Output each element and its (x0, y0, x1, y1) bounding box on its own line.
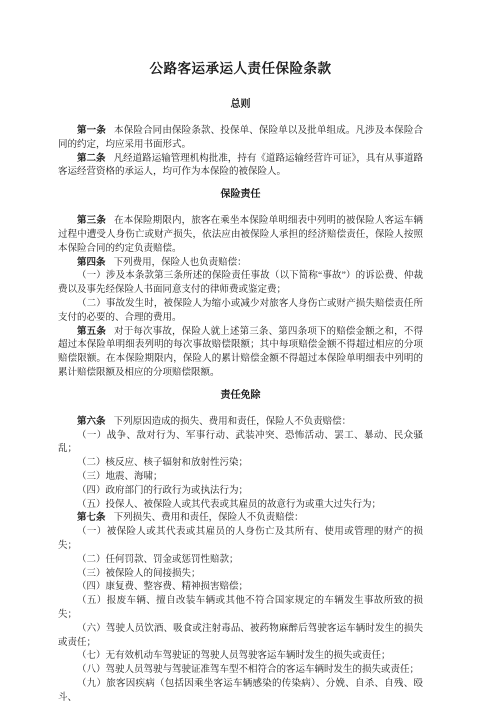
clause-article-1: 第一条本保险合同由保险条款、投保单、保险单以及批单组成。凡涉及本保险合同的约定，… (58, 125, 423, 153)
clause-text: 下列损失、费用和责任，保险人不负责赔偿： (114, 513, 304, 523)
clause-text: 下列原因造成的损失、费用和责任，保险人不负责赔偿： (114, 417, 352, 427)
clause-text: （三）被保险人的间接损失； (77, 569, 201, 579)
clause-text: （二）任何罚款、罚金或惩罚性赔款； (77, 555, 239, 565)
clause-article-6: 第六条下列原因造成的损失、费用和责任，保险人不负责赔偿： (58, 416, 423, 430)
clause-article-7-item-7: （七）无有效机动车驾驶证的驾驶人员驾驶客运车辆时发生的损失或责任； (58, 650, 423, 664)
clause-text: （八）驾驶人员驾驶与驾驶证准驾车型不相符合的客运车辆时发生的损失或责任； (77, 665, 419, 675)
clause-text: （九）旅客因疾病（包括因乘坐客运车辆感染的传染病）、分娩、自杀、自残、殴斗、 (58, 679, 423, 702)
clause-article-3: 第三条在本保险期限内，旅客在乘坐本保险单明细表中列明的被保险人客运车辆过程中遭受… (58, 215, 423, 256)
clause-label-article-6: 第六条 (77, 417, 106, 427)
clause-label-article-3: 第三条 (77, 216, 106, 226)
clause-text: 对于每次事故，保险人就上述第三条、第四条项下的赔偿金额之和，不得超过本保险单明细… (58, 327, 423, 378)
clause-article-7-item-2: （二）任何罚款、罚金或惩罚性赔款； (58, 554, 423, 568)
clause-label-article-7: 第七条 (77, 513, 106, 523)
clause-article-6-item-2: （二）核反应、核子辐射和放射性污染； (58, 457, 423, 471)
clause-text: （二）核反应、核子辐射和放射性污染； (77, 458, 248, 468)
clause-label-article-5: 第五条 (77, 327, 106, 337)
clause-text: （一）被保险人或其代表或其雇员的人身伤亡及其所有、使用或管理的财产的损失； (58, 527, 423, 551)
clause-article-6-item-3: （三）地震、海啸； (58, 471, 423, 485)
clause-article-2: 第二条凡经道路运输管理机构批准，持有《道路运输经营许可证》，具有从事道路客运经营… (58, 153, 423, 181)
clause-article-6-item-1: （一）战争、敌对行为、军事行动、武装冲突、恐怖活动、罢工、暴动、民众骚乱； (58, 430, 423, 458)
section-heading-general: 总则 (58, 98, 423, 112)
clause-text: （四）政府部门的行政行为或执法行为； (77, 486, 248, 496)
clause-article-4: 第四条下列费用，保险人也负责赔偿： (58, 257, 423, 271)
clause-article-5: 第五条对于每次事故，保险人就上述第三条、第四条项下的赔偿金额之和，不得超过本保险… (58, 326, 423, 381)
clause-article-7-item-6: （六）驾驶人员饮酒、吸食或注射毒品、被药物麻醉后驾驶客运车辆时发生的损失或责任； (58, 623, 423, 651)
clause-article-4-item-1: （一）涉及本条款第三条所述的保险责任事故（以下简称“事故”）的诉讼费、仲裁费以及… (58, 270, 423, 298)
clause-article-6-item-4: （四）政府部门的行政行为或执法行为； (58, 485, 423, 499)
clause-label-article-4: 第四条 (77, 258, 106, 268)
clause-article-7-item-8: （八）驾驶人员驾驶与驾驶证准驾车型不相符合的客运车辆时发生的损失或责任； (58, 664, 423, 678)
document-title: 公路客运承运人责任保险条款 (58, 62, 423, 76)
section-exclusions: 责任免除 第六条下列原因造成的损失、费用和责任，保险人不负责赔偿： （一）战争、… (58, 389, 423, 702)
section-heading-liability: 保险责任 (58, 188, 423, 202)
clause-text: 在本保险期限内，旅客在乘坐本保险单明细表中列明的被保险人客运车辆过程中遭受人身伤… (58, 216, 423, 254)
document-page: 公路客运承运人责任保险条款 总则 第一条本保险合同由保险条款、投保单、保险单以及… (0, 0, 496, 702)
clause-text: （一）战争、敌对行为、军事行动、武装冲突、恐怖活动、罢工、暴动、民众骚乱； (58, 431, 423, 455)
clause-text: （一）涉及本条款第三条所述的保险责任事故（以下简称“事故”）的诉讼费、仲裁费以及… (58, 271, 423, 295)
section-heading-exclusions: 责任免除 (58, 389, 423, 403)
clause-label-article-2: 第二条 (77, 154, 106, 164)
clause-article-7-item-1: （一）被保险人或其代表或其雇员的人身伤亡及其所有、使用或管理的财产的损失； (58, 526, 423, 554)
clause-article-4-item-2: （二）事故发生时，被保险人为缩小或减少对旅客人身伤亡或财产损失赔偿责任所支付的必… (58, 298, 423, 326)
clause-label-article-1: 第一条 (77, 126, 106, 136)
clause-article-6-item-5: （五）投保人、被保险人或其代表或其雇员的故意行为或重大过失行为； (58, 499, 423, 513)
clause-article-7-item-4: （四）康复费、整容费、精神损害赔偿； (58, 581, 423, 595)
clause-article-7-item-3: （三）被保险人的间接损失； (58, 568, 423, 582)
clause-text: 下列费用，保险人也负责赔偿： (114, 258, 247, 268)
clause-article-7-item-5: （五）报废车辆、擅自改装车辆或其他不符合国家规定的车辆发生事故所致的损失； (58, 595, 423, 623)
clause-article-7: 第七条下列损失、费用和责任，保险人不负责赔偿： (58, 512, 423, 526)
section-general-provisions: 总则 第一条本保险合同由保险条款、投保单、保险单以及批单组成。凡涉及本保险合同的… (58, 98, 423, 180)
clause-article-7-item-9-truncated: （九）旅客因疾病（包括因乘坐客运车辆感染的传染病）、分娩、自杀、自残、殴斗、 (58, 678, 423, 702)
clause-text: 本保险合同由保险条款、投保单、保险单以及批单组成。凡涉及本保险合同的约定，均应采… (58, 126, 423, 150)
clause-text: 凡经道路运输管理机构批准，持有《道路运输经营许可证》，具有从事道路客运经营资格的… (58, 154, 423, 178)
clause-text: （三）地震、海啸； (77, 472, 163, 482)
clause-text: （七）无有效机动车驾驶证的驾驶人员驾驶客运车辆时发生的损失或责任； (77, 651, 391, 661)
clause-text: （二）事故发生时，被保险人为缩小或减少对旅客人身伤亡或财产损失赔偿责任所支付的必… (58, 299, 423, 323)
section-insurance-liability: 保险责任 第三条在本保险期限内，旅客在乘坐本保险单明细表中列明的被保险人客运车辆… (58, 188, 423, 381)
clause-text: （四）康复费、整容费、精神损害赔偿； (77, 582, 248, 592)
clause-text: （五）投保人、被保险人或其代表或其雇员的故意行为或重大过失行为； (77, 500, 381, 510)
clause-text: （五）报废车辆、擅自改装车辆或其他不符合国家规定的车辆发生事故所致的损失； (58, 596, 423, 620)
clause-text: （六）驾驶人员饮酒、吸食或注射毒品、被药物麻醉后驾驶客运车辆时发生的损失或责任； (58, 624, 423, 648)
